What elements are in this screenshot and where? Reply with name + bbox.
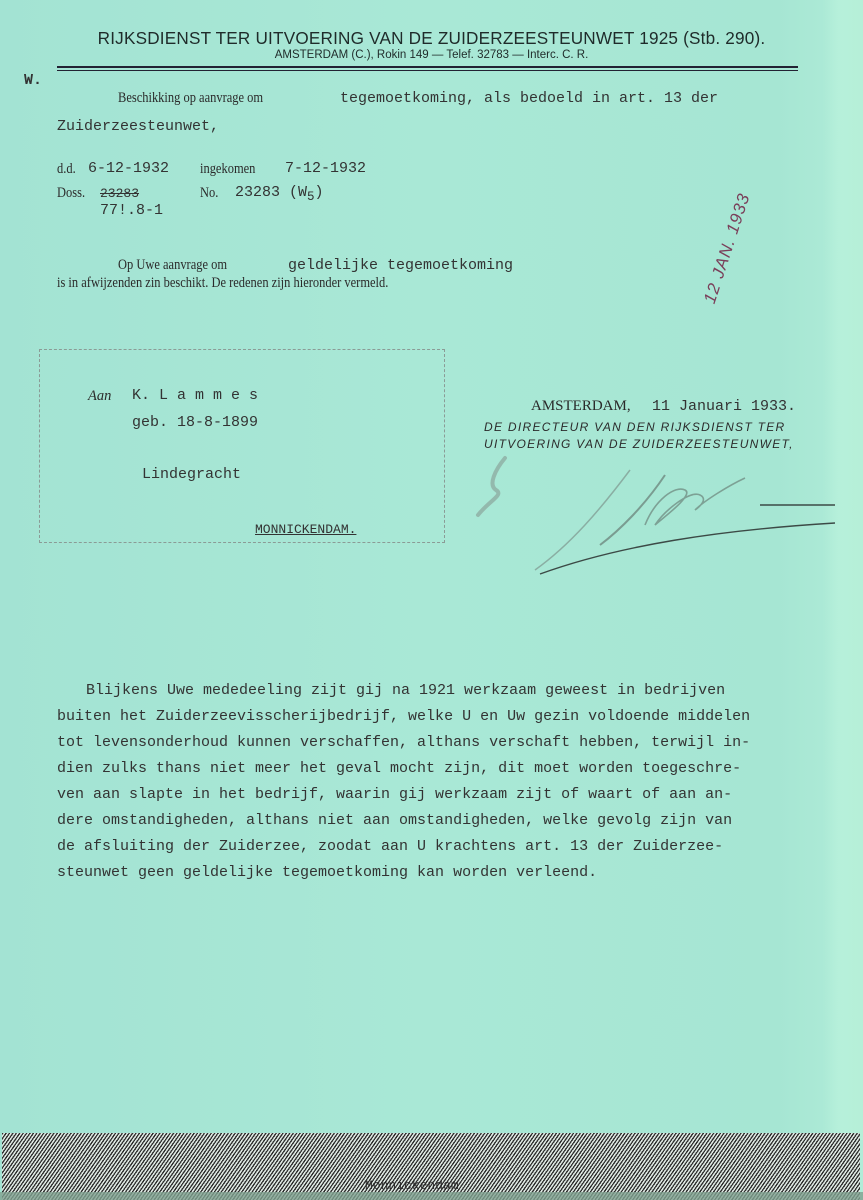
beschikking-value-cont: Zuiderzeesteunwet, [57, 118, 219, 135]
body-line: Blijkens Uwe mededeeling zijt gij na 192… [86, 678, 863, 704]
no-close: ) [315, 184, 324, 201]
body-line: buiten het Zuiderzeevisscherijbedrijf, w… [57, 704, 750, 730]
addressee-name: K. L a m m e s [132, 387, 258, 404]
address-box [39, 349, 445, 543]
beschikking-value: tegemoetkoming, als bedoeld in art. 13 d… [340, 90, 718, 107]
addressee-born: geb. 18-8-1899 [132, 414, 258, 431]
doss-value-struck: 23283 [100, 186, 139, 201]
dd-label: d.d. [57, 161, 76, 178]
no-subscript: 5 [307, 190, 315, 204]
body-line: tot levensonderhoud kunnen verschaffen, … [57, 730, 750, 756]
op-uwe-value: geldelijke tegemoetkoming [288, 257, 513, 274]
no-number: 23283 (W [235, 184, 307, 201]
strip-edge [0, 1192, 863, 1200]
body-line: steunwet geen geldelijke tegemoetkoming … [57, 860, 750, 886]
op-uwe-label: Op Uwe aanvrage om [118, 257, 227, 274]
aan-label: Aan [88, 388, 111, 405]
addressee-street: Lindegracht [142, 466, 241, 483]
decision-result: is in afwijzenden zin beschikt. De reden… [57, 275, 388, 292]
letterhead-title: RIJKSDIENST TER UITVOERING VAN DE ZUIDER… [9, 28, 855, 49]
body-line: dere omstandigheden, althans niet aan om… [57, 808, 750, 834]
letterhead-rule-top [57, 66, 798, 68]
letterhead-address: AMSTERDAM (C.), Rokin 149 — Telef. 32783… [0, 49, 863, 61]
body-line: dien zulks thans niet meer het geval moc… [57, 756, 750, 782]
director-line-2: UITVOERING VAN DE ZUIDERZEESTEUNWET, [484, 437, 794, 451]
handwritten-signature [460, 450, 860, 590]
received-date-stamp: 12 JAN. 1933 [700, 191, 755, 307]
body-paragraph: Blijkens Uwe mededeeling zijt gij na 192… [86, 678, 863, 704]
dd-value: 6-12-1932 [88, 160, 169, 177]
director-line-1: DE DIRECTEUR VAN DEN RIJKSDIENST TER [484, 420, 786, 434]
margin-mark: W. [24, 72, 42, 89]
body-line: ven aan slapte in het bedrijf, waarin gi… [57, 782, 750, 808]
document-page: RIJKSDIENST TER UITVOERING VAN DE ZUIDER… [0, 0, 863, 1200]
ingekomen-label: ingekomen [200, 161, 255, 178]
no-label: No. [200, 185, 218, 202]
signature-date: 11 Januari 1933. [652, 398, 796, 415]
ingekomen-value: 7-12-1932 [285, 160, 366, 177]
doss-label: Doss. [57, 185, 85, 202]
letterhead-rule-bottom [57, 70, 798, 71]
carbon-imprint-text: Monnickendam [365, 1178, 459, 1193]
beschikking-label: Beschikking op aanvrage om [118, 90, 263, 107]
no-value: 23283 (W5) [235, 184, 324, 204]
body-paragraph-cont: buiten het Zuiderzeevisscherijbedrijf, w… [57, 704, 750, 886]
addressee-city: MONNICKENDAM. [255, 522, 356, 537]
signature-place: AMSTERDAM, [531, 398, 631, 415]
body-line: de afsluiting der Zuiderzee, zoodat aan … [57, 834, 750, 860]
doss-value: 77!.8-1 [100, 202, 163, 219]
